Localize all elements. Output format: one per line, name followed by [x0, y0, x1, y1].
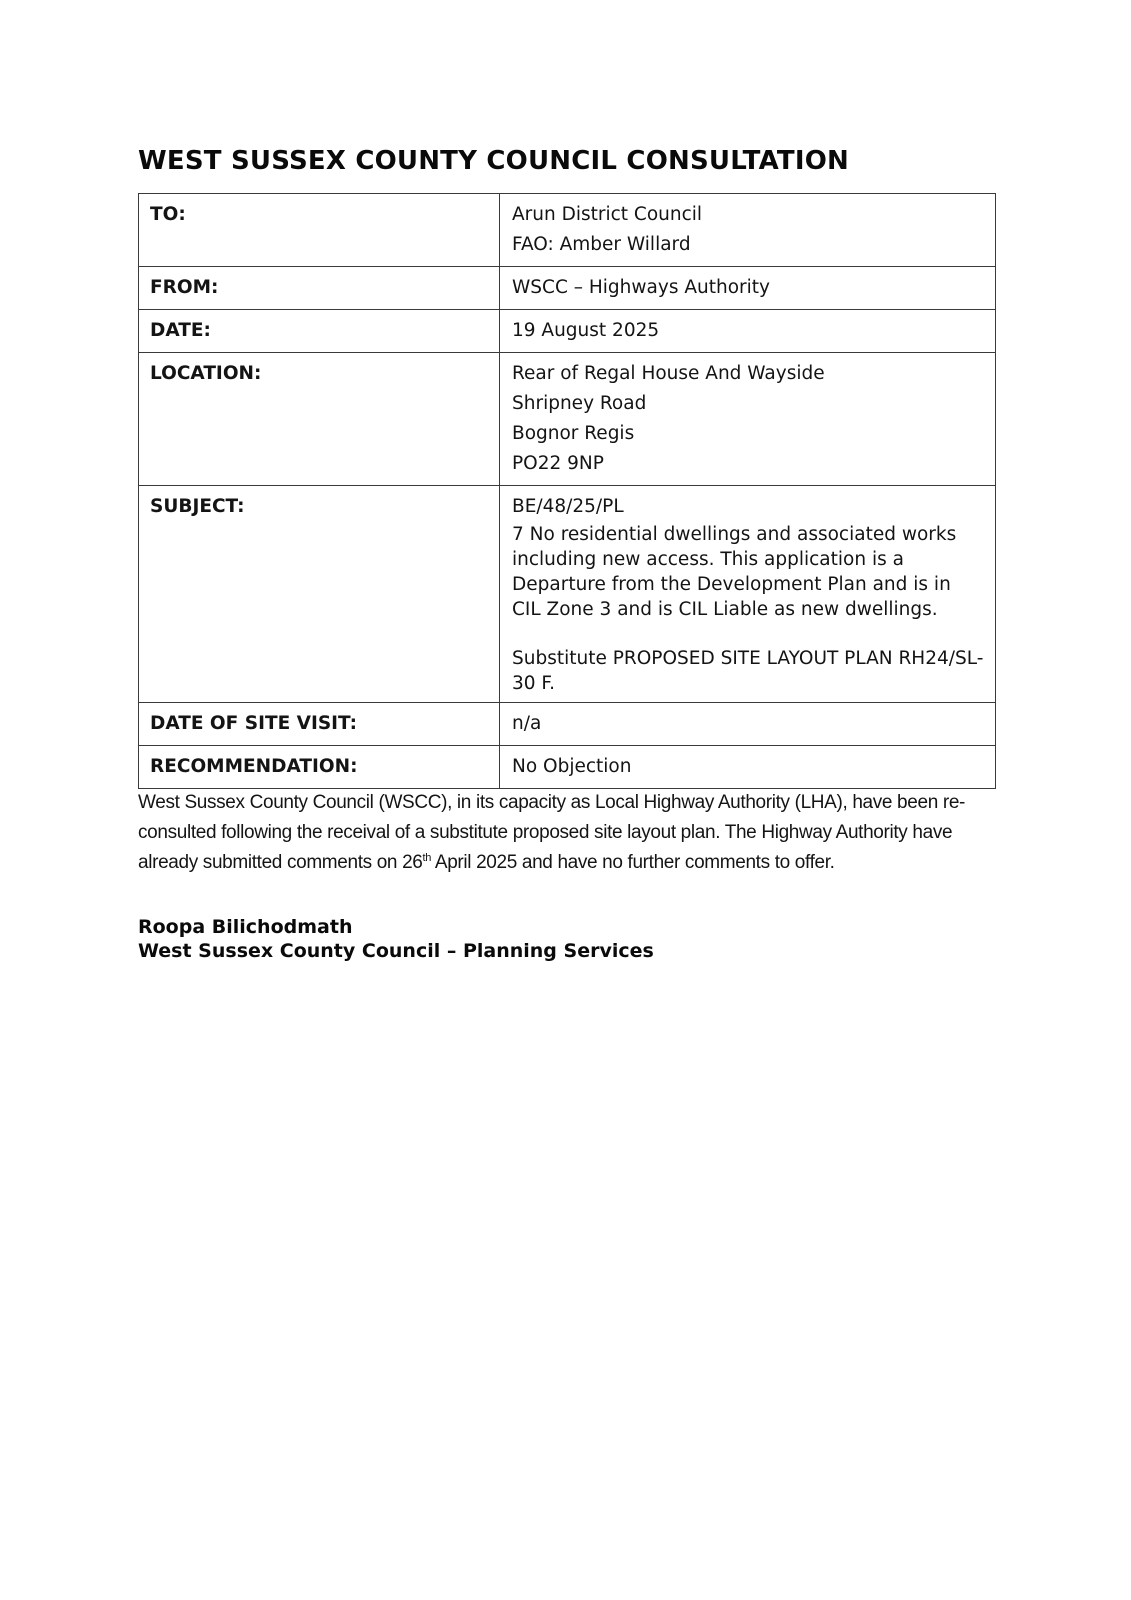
location-line: Rear of Regal House And Wayside [512, 359, 985, 389]
to-value: Arun District Council FAO: Amber Willard [500, 194, 996, 267]
subject-label: SUBJECT: [139, 486, 500, 703]
location-line: PO22 9NP [512, 449, 985, 479]
signature-name: Roopa Bilichodmath [138, 915, 654, 939]
signature-department: West Sussex County Council – Planning Se… [138, 939, 654, 963]
recommendation-label: RECOMMENDATION: [139, 746, 500, 789]
consultation-table: TO: Arun District Council FAO: Amber Wil… [138, 193, 996, 789]
to-line: Arun District Council [512, 200, 985, 230]
body-text-end: April 2025 and have no further comments … [431, 852, 835, 873]
from-value: WSCC – Highways Authority [500, 267, 996, 310]
location-value: Rear of Regal House And Wayside Shripney… [500, 353, 996, 486]
recommendation-value: No Objection [500, 746, 996, 789]
date-value: 19 August 2025 [500, 310, 996, 353]
to-line: FAO: Amber Willard [512, 230, 985, 260]
location-line: Shripney Road [512, 389, 985, 419]
table-row-from: FROM: WSCC – Highways Authority [139, 267, 996, 310]
signature-block: Roopa Bilichodmath West Sussex County Co… [138, 915, 654, 963]
document-title: WEST SUSSEX COUNTY COUNCIL CONSULTATION [138, 146, 849, 176]
site-visit-label: DATE OF SITE VISIT: [139, 703, 500, 746]
date-label: DATE: [139, 310, 500, 353]
body-paragraph: West Sussex County Council (WSCC), in it… [138, 788, 1000, 878]
subject-value: BE/48/25/PL 7 No residential dwellings a… [500, 486, 996, 703]
location-line: Bognor Regis [512, 419, 985, 449]
table-row-location: LOCATION: Rear of Regal House And Waysid… [139, 353, 996, 486]
from-label: FROM: [139, 267, 500, 310]
subject-description: 7 No residential dwellings and associate… [512, 522, 985, 622]
to-label: TO: [139, 194, 500, 267]
subject-reference: BE/48/25/PL [512, 492, 985, 522]
table-row-to: TO: Arun District Council FAO: Amber Wil… [139, 194, 996, 267]
ordinal-suffix: th [423, 852, 431, 864]
table-row-subject: SUBJECT: BE/48/25/PL 7 No residential dw… [139, 486, 996, 703]
location-label: LOCATION: [139, 353, 500, 486]
table-row-site-visit: DATE OF SITE VISIT: n/a [139, 703, 996, 746]
document-page: WEST SUSSEX COUNTY COUNCIL CONSULTATION … [0, 0, 1131, 1600]
table-row-recommendation: RECOMMENDATION: No Objection [139, 746, 996, 789]
table-row-date: DATE: 19 August 2025 [139, 310, 996, 353]
site-visit-value: n/a [500, 703, 996, 746]
subject-substitute: Substitute PROPOSED SITE LAYOUT PLAN RH2… [512, 646, 985, 696]
